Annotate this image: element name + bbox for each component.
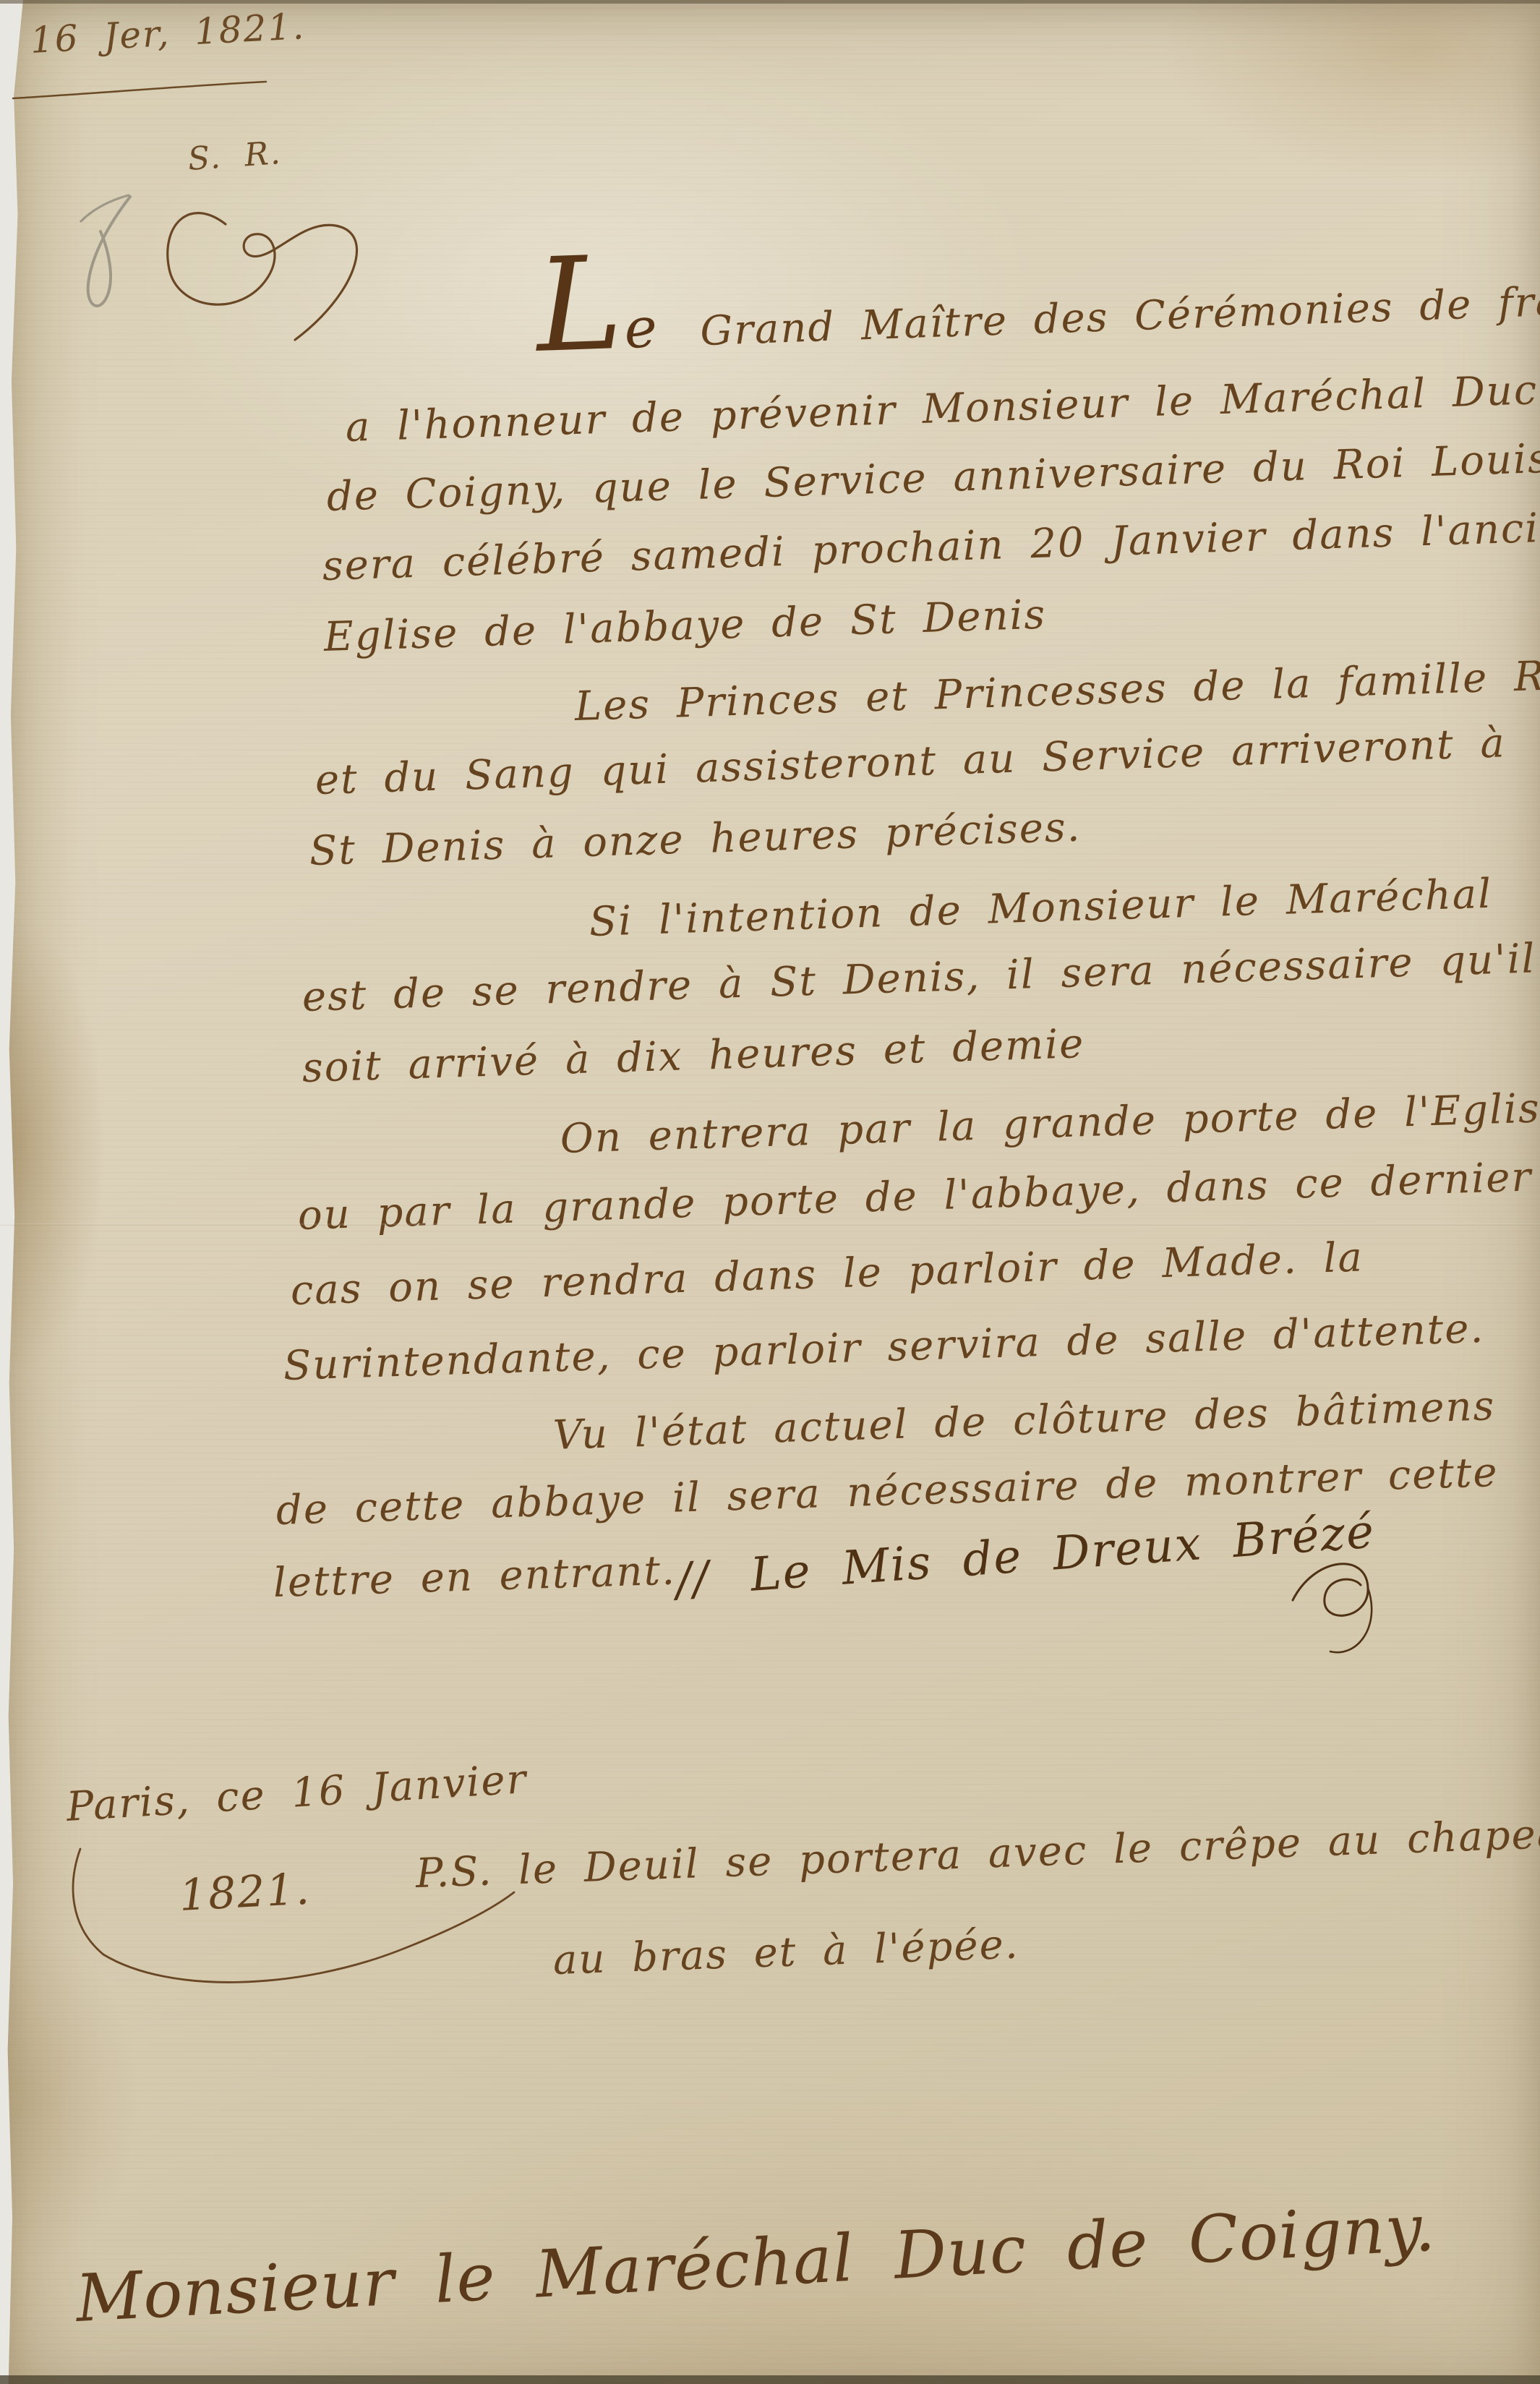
- fold-crease: [0, 1223, 1540, 1226]
- opening-initial: Le: [534, 255, 659, 363]
- signature-prefix: //: [674, 1552, 711, 1607]
- registry-mark: S. R.: [187, 135, 283, 179]
- pencil-scribble-mark: [67, 187, 146, 324]
- paraph-flourish: [153, 189, 392, 356]
- signature-flourish: [1280, 1531, 1403, 1669]
- scan-edge-bottom: [0, 2375, 1540, 2384]
- archive-date-underline: [10, 78, 270, 103]
- scanned-letter-page: 16 Jer, 1821. S. R. Le Grand Maître des …: [0, 0, 1540, 2384]
- scan-edge-top: [0, 0, 1540, 4]
